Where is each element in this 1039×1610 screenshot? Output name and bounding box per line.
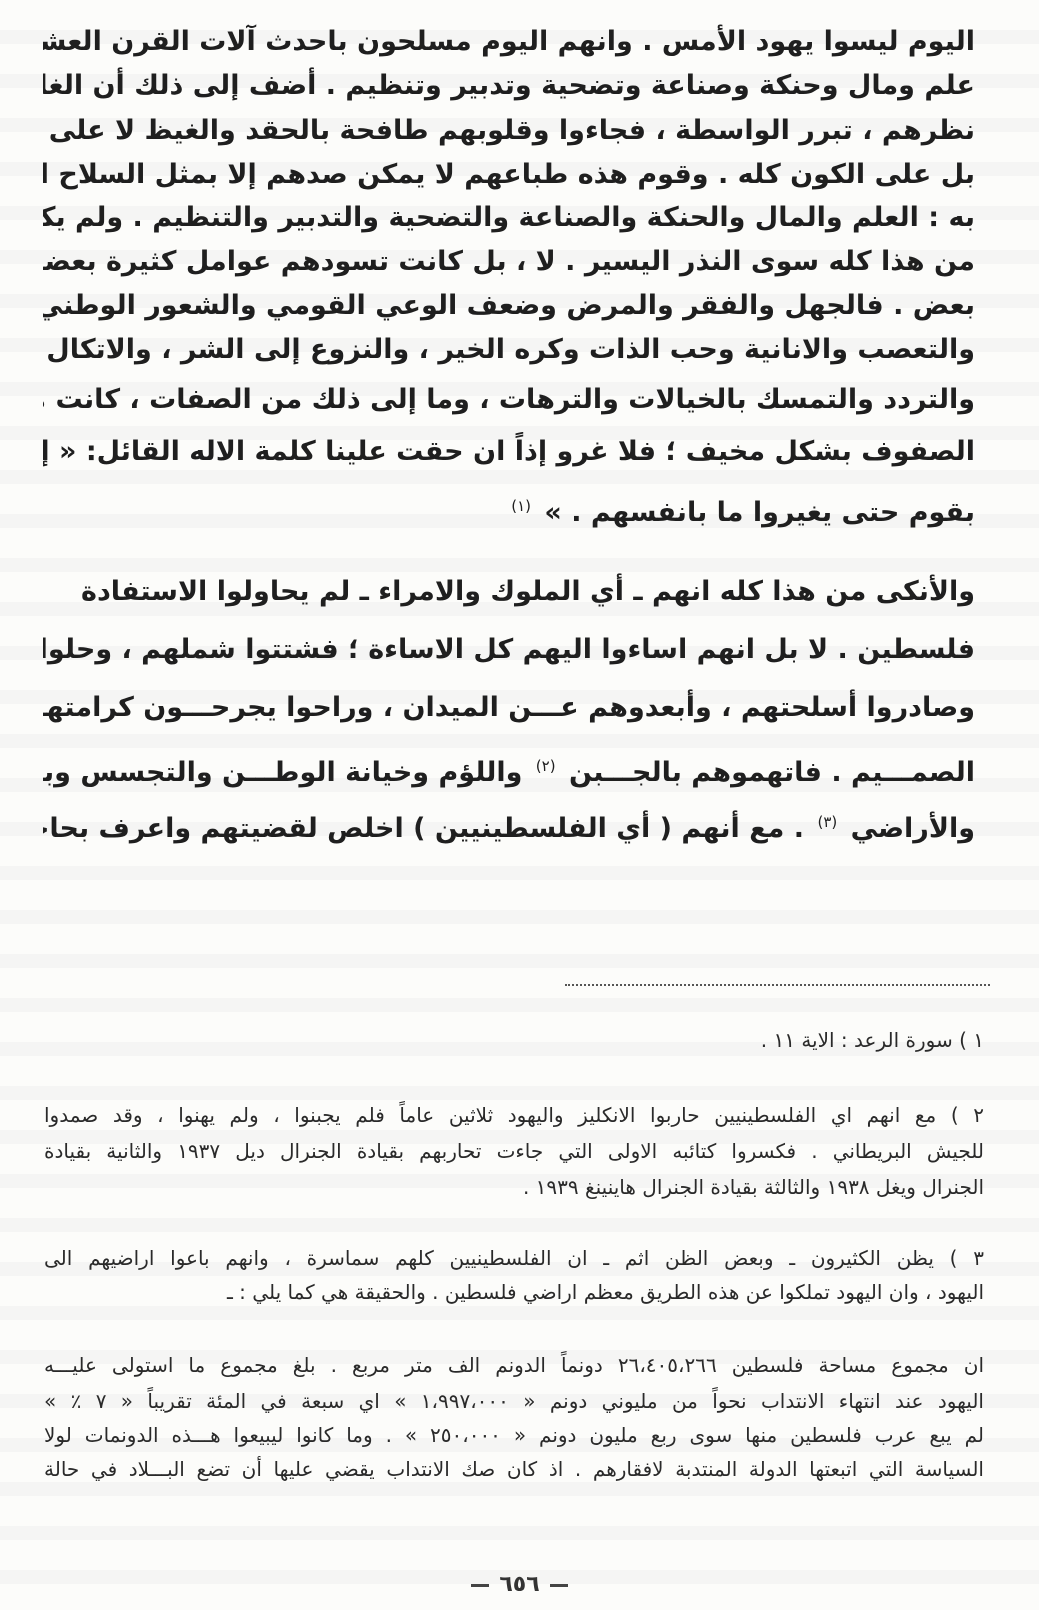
- page-number-text: ٦٥٦: [499, 1572, 539, 1597]
- scanned-book-page: اليوم ليسوا يهود الأمس . وانهم اليوم مسل…: [0, 0, 1039, 1610]
- body-line: من هذا كله سوى النذر اليسير . لا ، بل كا…: [43, 242, 975, 282]
- footnote-ref-3: (٣): [817, 813, 837, 831]
- body-text: الصمـــيم . فاتهموهم بالجـــبن: [569, 757, 975, 788]
- body-line-with-ref: الصمـــيم . فاتهموهم بالجـــبن (٢) واللؤ…: [43, 746, 975, 793]
- body-text: . مع أنهم ( أي الفلسطينيين ) اخلص لقضيته…: [43, 813, 804, 844]
- footnote-separator: [565, 984, 990, 986]
- page-number-dash: [550, 1584, 568, 1587]
- body-line: علم ومال وحنكة وصناعة وتضحية وتدبير وتنظ…: [43, 66, 975, 106]
- body-line: والتعصب والانانية وحب الذات وكره الخير ،…: [43, 330, 975, 370]
- footnote-3-continuation: ان مجموع مساحة فلسطين ٢٦،٤٠٥،٢٦٦ دونماً …: [44, 1350, 984, 1380]
- body-text: واللؤم وخيانة الوطـــن والتجسس وبيـــع: [43, 757, 522, 788]
- body-line: الصفوف بشكل مخيف ؛ فلا غرو إذاً ان حقت ع…: [43, 432, 975, 472]
- footnote-3-continuation: اليهود عند انتهاء الانتداب نحواً من مليو…: [44, 1386, 984, 1416]
- footnote-2-line: للجيش البريطاني . فكسروا كتائبه الاولى ا…: [44, 1136, 984, 1166]
- footnote-ref-2: (٢): [536, 757, 556, 775]
- body-line: به : العلم والمال والحنكة والصناعة والتض…: [43, 198, 975, 238]
- body-line: بل على الكون كله . وقوم هذه طباعهم لا يم…: [43, 155, 975, 195]
- body-text: والأراضي: [851, 813, 975, 844]
- page-number-dash: [471, 1584, 489, 1587]
- footnote-3-line: اليهود ، وان اليهود تملكوا عن هذه الطريق…: [44, 1277, 984, 1307]
- quote-end-text: بقوم حتى يغيروا ما بانفسهم . »: [544, 497, 975, 528]
- footnote-ref-1: (١): [511, 497, 531, 515]
- body-line: بعض . فالجهل والفقر والمرض وضعف الوعي ال…: [43, 286, 975, 326]
- body-line: والتردد والتمسك بالخيالات والترهات ، وما…: [43, 380, 975, 420]
- footnote-3-continuation: لم يبع عرب فلسطين منها سوى ربع مليون دون…: [44, 1420, 984, 1450]
- body-line-quote-end: بقوم حتى يغيروا ما بانفسهم . » (١): [43, 486, 975, 533]
- footnote-2-line: الجنرال ويغل ١٩٣٨ والثالثة بقيادة الجنرا…: [44, 1172, 984, 1202]
- body-line: اليوم ليسوا يهود الأمس . وانهم اليوم مسل…: [43, 22, 975, 62]
- footnote-2-line: ٢ ) مع انهم اي الفلسطينيين حاربوا الانكل…: [44, 1100, 984, 1130]
- body-line: وصادروا أسلحتهم ، وأبعدوهم عـــن الميدان…: [43, 688, 975, 728]
- body-line: والأنكى من هذا كله انهم ـ أي الملوك والا…: [75, 572, 975, 612]
- body-line: نظرهم ، تبرر الواسطة ، فجاءوا وقلوبهم طا…: [43, 111, 975, 151]
- body-line: فلسطين . لا بل انهم اساءوا اليهم كل الاس…: [43, 630, 975, 670]
- page-number: ٦٥٦: [0, 1572, 1039, 1597]
- footnote-3-line: ٣ ) يظن الكثيرون ـ وبعض الظن اثم ـ ان ال…: [44, 1243, 984, 1273]
- footnote-1: ١ ) سورة الرعد : الاية ١١ .: [44, 1025, 984, 1055]
- footnote-3-continuation: السياسة التي اتبعتها الدولة المنتدبة لاف…: [44, 1454, 984, 1484]
- body-line-with-ref: والأراضي (٣) . مع أنهم ( أي الفلسطينيين …: [43, 802, 975, 849]
